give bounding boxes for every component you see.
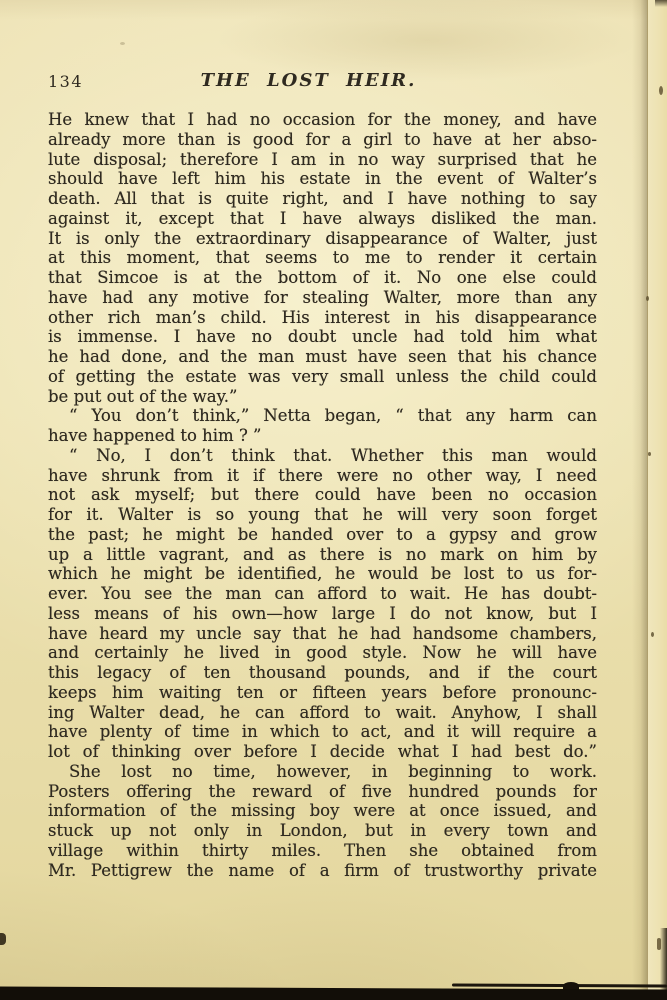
text-line: for it. Walter is so young that he will … — [48, 505, 597, 525]
text-line: village within thirty miles. Then she ob… — [48, 841, 597, 861]
text-line: at this moment, that seems to me to rend… — [48, 248, 597, 268]
paper-speck — [646, 296, 649, 301]
paper-speck — [648, 452, 651, 456]
text-line: lute disposal; therefore I am in no way … — [48, 150, 597, 170]
text-line: other rich man’s child. His interest in … — [48, 308, 597, 328]
scan-bottom-band — [0, 987, 667, 1000]
text-line: ever. You see the man can afford to wait… — [48, 584, 597, 604]
text-line: have plenty of time in which to act, and… — [48, 722, 597, 742]
text-line: information of the missing boy were at o… — [48, 801, 597, 821]
text-line: this legacy of ten thousand pounds, and … — [48, 663, 597, 683]
edge-shadow-top — [655, 0, 667, 7]
text-line: “ No, I don’t think that. Whether this m… — [48, 446, 597, 466]
text-line: is immense. I have no doubt uncle had to… — [48, 327, 597, 347]
text-line: be put out of the way.” — [48, 387, 597, 407]
text-line: and certainly he lived in good style. No… — [48, 643, 597, 663]
scan-edge-line — [452, 983, 667, 987]
text-line: should have left him his estate in the e… — [48, 169, 597, 189]
text-line: up a little vagrant, and as there is no … — [48, 545, 597, 565]
left-edge-mark — [0, 933, 6, 945]
text-line: have happened to him ? ” — [48, 426, 597, 446]
text-line: have shrunk from it if there were no oth… — [48, 466, 597, 486]
text-line: he had done, and the man must have seen … — [48, 347, 597, 367]
text-line: keeps him waiting ten or fifteen years b… — [48, 683, 597, 703]
text-line: have had any motive for stealing Walter,… — [48, 288, 597, 308]
text-line: lot of thinking over before I decide wha… — [48, 742, 597, 762]
body-text: He knew that I had no occasion for the m… — [48, 110, 597, 880]
paper-speck — [120, 42, 125, 45]
text-line: Posters offering the reward of five hund… — [48, 782, 597, 802]
page-crease-shadow — [632, 0, 647, 1000]
text-line: ing Walter dead, he can afford to wait. … — [48, 703, 597, 723]
paper-speck — [659, 86, 663, 95]
text-line: death. All that is quite right, and I ha… — [48, 189, 597, 209]
text-line: against it, except that I have always di… — [48, 209, 597, 229]
text-line: already more than is good for a girl to … — [48, 130, 597, 150]
text-line: He knew that I had no occasion for the m… — [48, 110, 597, 130]
text-line: of getting the estate was very small unl… — [48, 367, 597, 387]
text-line: not ask myself; but there could have bee… — [48, 485, 597, 505]
next-page-edge — [647, 0, 667, 1000]
text-line: have heard my uncle say that he had hand… — [48, 624, 597, 644]
text-line: She lost no time, however, in beginning … — [48, 762, 597, 782]
text-line: stuck up not only in London, but in ever… — [48, 821, 597, 841]
running-title: THE LOST HEIR. — [48, 70, 569, 91]
paper-speck — [651, 632, 654, 637]
text-line: It is only the extraordinary disappearan… — [48, 229, 597, 249]
text-line: less means of his own—how large I do not… — [48, 604, 597, 624]
page-header: 134 THE LOST HEIR. — [48, 70, 597, 92]
text-line: “ You don’t think,” Netta began, “ that … — [48, 406, 597, 426]
text-line: that Simcoe is at the bottom of it. No o… — [48, 268, 597, 288]
text-line: the past; he might be handed over to a g… — [48, 525, 597, 545]
scanned-book-page: 134 THE LOST HEIR. He knew that I had no… — [0, 0, 667, 1000]
text-line: which he might be identified, he would b… — [48, 564, 597, 584]
paper-speck — [657, 938, 661, 950]
text-line: Mr. Pettigrew the name of a firm of trus… — [48, 861, 597, 881]
